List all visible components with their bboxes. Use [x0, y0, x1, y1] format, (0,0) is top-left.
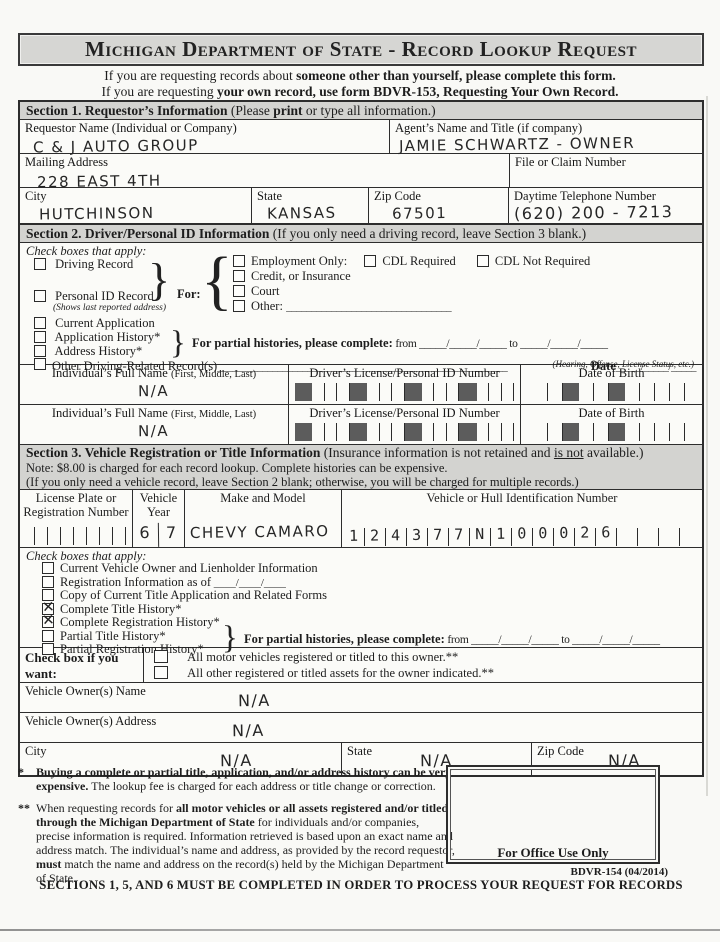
- plate-comb[interactable]: [22, 525, 130, 545]
- state-label: State: [257, 189, 363, 203]
- purpose-row-employment: Employment Only: CDL Required CDL Not Re…: [233, 254, 590, 269]
- section3-hint: (If you only need a vehicle record, leav…: [26, 475, 696, 489]
- form-number: BDVR-154 (04/2014): [446, 866, 668, 878]
- bottom-notice: SECTIONS 1, 5, AND 6 MUST BE COMPLETED I…: [18, 878, 704, 893]
- owner-name-label: Vehicle Owner(s) Name: [20, 683, 702, 699]
- checkbox-all-other-assets[interactable]: All other registered or titled assets fo…: [154, 666, 494, 681]
- driving-record-checkbox[interactable]: [34, 258, 46, 270]
- plate-column[interactable]: License Plate or Registration Number: [20, 490, 133, 547]
- intro-line-2: If you are requesting your own record, u…: [0, 84, 720, 100]
- other-driving-record-checkbox[interactable]: [34, 358, 46, 370]
- phone-label: Daytime Telephone Number: [514, 189, 697, 203]
- registration-asof-blank[interactable]: ____/____/____: [211, 577, 286, 589]
- file-claim-number-label: File or Claim Number: [515, 155, 697, 169]
- agent-name-value: JAMIE SCHWARTZ - OWNER: [399, 133, 697, 155]
- address-history-checkbox[interactable]: [34, 345, 46, 357]
- dob-comb[interactable]: [533, 381, 696, 401]
- checkbox-other-purpose[interactable]: Other: _________________________________: [233, 299, 451, 314]
- plate-column-header: License Plate or Registration Number: [20, 490, 132, 525]
- brace-partial-histories: }: [170, 325, 186, 362]
- individual2-name-value: N/A: [138, 422, 169, 440]
- checkbox-address-history[interactable]: Address History*: [34, 344, 142, 359]
- section3-checkbox-area: Check boxes that apply: Current Vehicle …: [20, 548, 702, 648]
- owner-city-label: City: [25, 744, 336, 758]
- form-title: Michigan Department of State - Record Lo…: [85, 37, 637, 62]
- form-body: Section 1. Requestor’s Information (Plea…: [18, 100, 704, 777]
- city-label: City: [25, 189, 246, 203]
- checkbox-application-history[interactable]: Application History*: [34, 330, 160, 345]
- section2-checkbox-area: Check boxes that apply: Driving Record P…: [20, 243, 702, 364]
- state-field[interactable]: State KANSAS: [252, 188, 369, 223]
- make-model-header: Make and Model: [185, 490, 341, 523]
- owner-address-row[interactable]: Vehicle Owner(s) Address N/A: [20, 713, 702, 743]
- application-history-checkbox[interactable]: [34, 331, 46, 343]
- make-model-value: CHEVY CAMARO: [185, 522, 341, 548]
- checkbox-all-motor-vehicles[interactable]: All motor vehicles registered or titled …: [154, 650, 458, 665]
- footnote-single-star: * Buying a complete or partial title, ap…: [18, 765, 456, 793]
- checkbox-current-application[interactable]: Current Application: [34, 316, 155, 331]
- phone-value: (620) 200 - 7213: [514, 202, 697, 224]
- other-purpose-blank[interactable]: _________________________________: [286, 301, 451, 313]
- checkbox-employment-only[interactable]: Employment Only:: [233, 254, 347, 268]
- section2-partial-histories-note: For partial histories, please complete: …: [192, 336, 608, 351]
- city-field[interactable]: City HUTCHINSON: [20, 188, 252, 223]
- owner-address-label: Vehicle Owner(s) Address: [20, 713, 702, 729]
- city-value: HUTCHINSON: [39, 203, 246, 224]
- brace-record-types: }: [148, 253, 170, 306]
- year-digit-2: 7: [158, 523, 184, 547]
- office-use-only-label: For Office Use Only: [448, 845, 658, 861]
- year-column-header: Vehicle Year: [133, 490, 184, 523]
- section3-note: Note: $8.00 is charged for each record l…: [26, 461, 696, 475]
- section1-row-1: Requestor Name (Individual or Company) C…: [20, 120, 702, 154]
- vin-value: 124377N100026: [349, 523, 623, 545]
- agent-name-field[interactable]: Agent’s Name and Title (if company) JAMI…: [390, 120, 702, 153]
- vin-column[interactable]: Vehicle or Hull Identification Number 12…: [342, 490, 702, 547]
- vin-header: Vehicle or Hull Identification Number: [342, 490, 702, 523]
- current-application-checkbox[interactable]: [34, 317, 46, 329]
- year-column[interactable]: Vehicle Year 6 7: [133, 490, 185, 547]
- other-driving-record-blank[interactable]: ________________________________________…: [217, 361, 588, 373]
- owner-name-row[interactable]: Vehicle Owner(s) Name N/A: [20, 683, 702, 713]
- checkbox-cdl-not-required[interactable]: CDL Not Required: [477, 254, 590, 268]
- license-number-comb[interactable]: [295, 421, 514, 441]
- individual2-dob-field[interactable]: Date of Birth: [521, 405, 702, 444]
- individual-row-2: Individual’s Full Name (First, Middle, L…: [20, 404, 702, 444]
- footnote-double-star: ** When requesting records for all motor…: [18, 801, 456, 885]
- year-digit-1: 6: [133, 523, 159, 547]
- individual2-name-field[interactable]: Individual’s Full Name (First, Middle, L…: [20, 405, 289, 444]
- vin-value-area: 124377N100026: [342, 523, 702, 547]
- individual1-name-value: N/A: [138, 382, 169, 400]
- checkbox-personal-id-record[interactable]: Personal ID Record: [34, 289, 154, 304]
- individual2-license-field[interactable]: Driver’s License/Personal ID Number: [289, 405, 521, 444]
- personal-id-record-checkbox[interactable]: [34, 290, 46, 302]
- phone-field[interactable]: Daytime Telephone Number (620) 200 - 721…: [509, 188, 702, 223]
- office-use-only-box: For Office Use Only: [446, 765, 660, 864]
- checkbox-credit-insurance[interactable]: Credit, or Insurance: [233, 269, 351, 284]
- state-value: KANSAS: [267, 203, 363, 222]
- requestor-name-field[interactable]: Requestor Name (Individual or Company) C…: [20, 120, 390, 153]
- brace-purposes: {: [201, 243, 233, 319]
- checkbox-cdl-required[interactable]: CDL Required: [364, 254, 455, 268]
- form-title-banner: Michigan Department of State - Record Lo…: [18, 33, 704, 66]
- section2-header: Section 2. Driver/Personal ID Informatio…: [20, 224, 702, 243]
- section1-row-2: Mailing Address 228 EAST 4TH File or Cla…: [20, 154, 702, 188]
- section1-header: Section 1. Requestor’s Information (Plea…: [20, 102, 702, 120]
- date-caption: (Hearing, Offense, License Status, etc.): [553, 359, 694, 369]
- scan-edge-artifact: [706, 96, 708, 796]
- scanned-form-page: Michigan Department of State - Record Lo…: [0, 0, 720, 942]
- owner-name-value: N/A: [238, 691, 271, 710]
- section3-header: Section 3. Vehicle Registration or Title…: [20, 444, 702, 490]
- mailing-address-field[interactable]: Mailing Address 228 EAST 4TH: [20, 154, 510, 187]
- intro-line-1: If you are requesting records about some…: [0, 68, 720, 84]
- vehicle-info-table: License Plate or Registration Number Veh…: [20, 490, 702, 548]
- owner-address-value: N/A: [232, 721, 265, 740]
- zip-field[interactable]: Zip Code 67501: [369, 188, 509, 223]
- section1-row-3: City HUTCHINSON State KANSAS Zip Code 67…: [20, 188, 702, 224]
- requestor-name-value: C & J AUTO GROUP: [33, 134, 384, 157]
- scan-line-artifact: [0, 929, 720, 931]
- year-value: 6 7: [133, 523, 184, 547]
- form-footer: * Buying a complete or partial title, ap…: [18, 765, 704, 885]
- checkbox-driving-record[interactable]: Driving Record: [34, 257, 133, 272]
- make-model-column[interactable]: Make and Model CHEVY CAMARO: [185, 490, 342, 547]
- file-claim-number-field[interactable]: File or Claim Number: [510, 154, 702, 187]
- license-number-comb[interactable]: [295, 381, 514, 401]
- intro-instructions: If you are requesting records about some…: [0, 68, 720, 100]
- zip-value: 67501: [392, 203, 503, 223]
- requestor-name-label: Requestor Name (Individual or Company): [25, 121, 384, 135]
- checkbox-court[interactable]: Court: [233, 284, 279, 299]
- section3-partial-histories-note: For partial histories, please complete: …: [244, 632, 660, 647]
- zip-label: Zip Code: [374, 189, 503, 203]
- for-label: For:: [177, 287, 201, 302]
- dob-comb[interactable]: [533, 421, 696, 441]
